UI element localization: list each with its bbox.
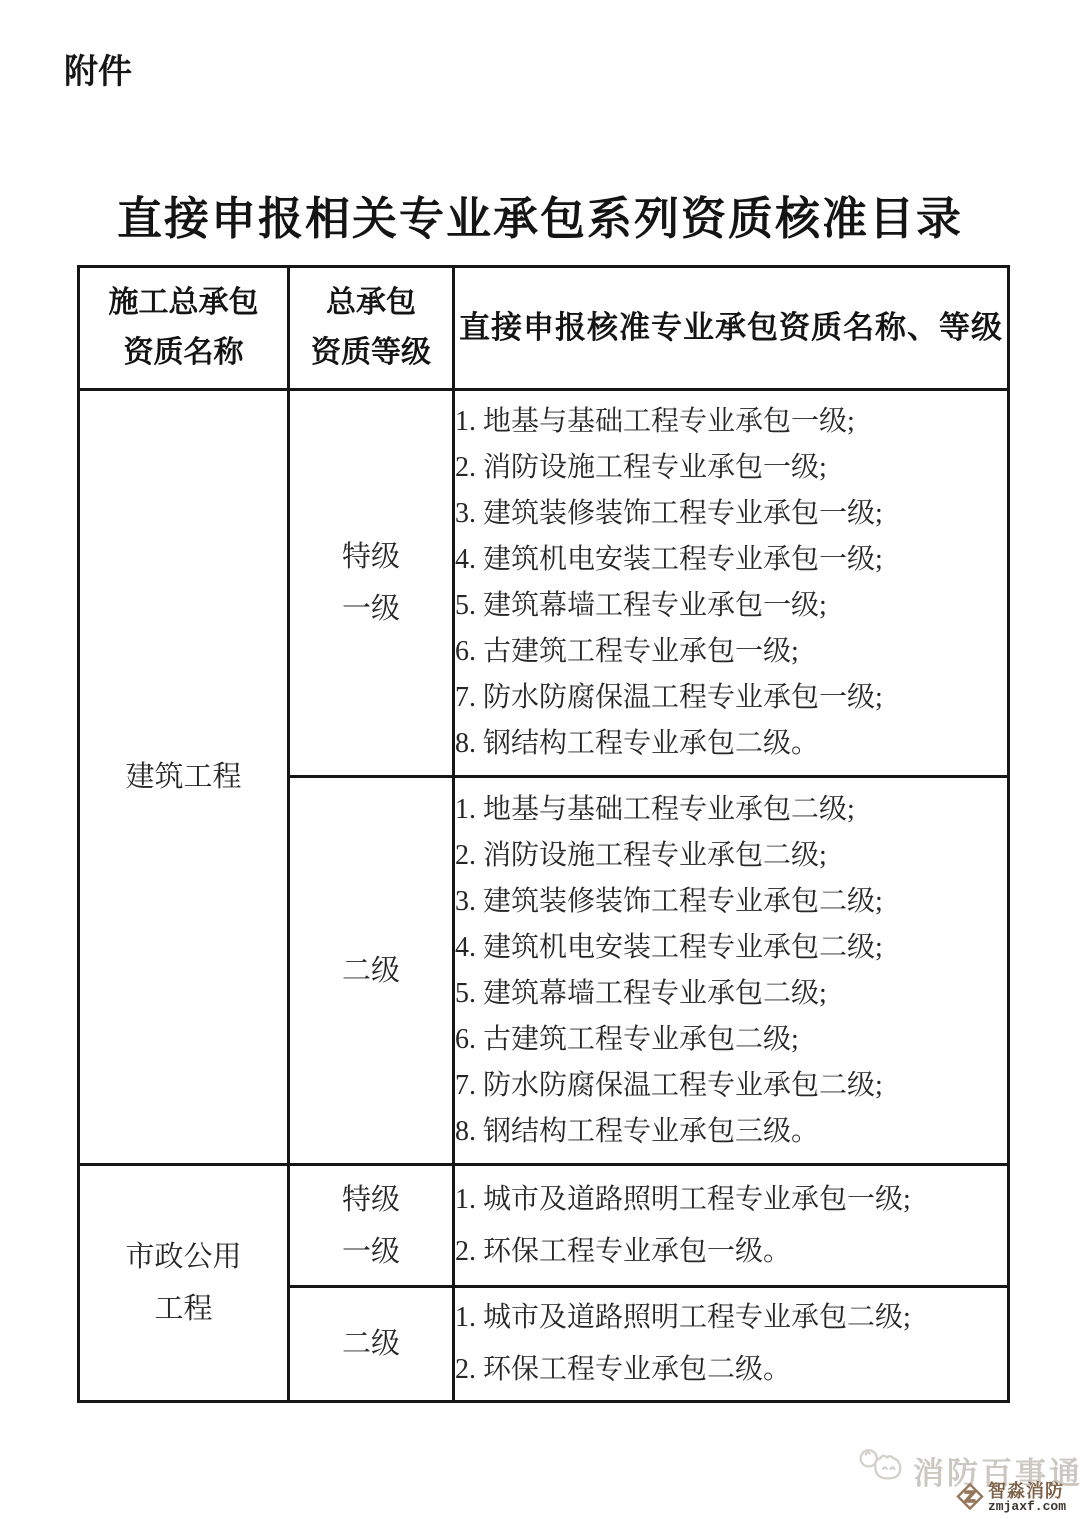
list-item: 6. 古建筑工程专业承包一级; — [455, 629, 1007, 675]
list-item: 1. 城市及道路照明工程专业承包二级; — [455, 1292, 1007, 1344]
table-row: 建筑工程 特级 一级 1. 地基与基础工程专业承包一级; 2. 消防设施工程专业… — [79, 390, 1009, 777]
page-title: 直接申报相关专业承包系列资质核准目录 — [0, 182, 1080, 247]
cat-mascot-icon — [858, 1446, 908, 1494]
level-cell-second-grade: 二级 — [289, 1287, 454, 1402]
list-item: 7. 防水防腐保温工程专业承包二级; — [455, 1063, 1007, 1109]
header-general-contracting-name: 施工总承包 资质名称 — [79, 267, 289, 390]
list-item: 8. 钢结构工程专业承包三级。 — [455, 1109, 1007, 1155]
items-cell-building-grade1: 1. 地基与基础工程专业承包一级; 2. 消防设施工程专业承包一级; 3. 建筑… — [454, 390, 1009, 777]
brand-domain: zmjaxf.com — [988, 1500, 1066, 1514]
qualification-approval-table: 施工总承包 资质名称 总承包 资质等级 直接申报核准专业承包资质名称、等级 建筑… — [77, 265, 1010, 1403]
watermark-zhimiao-brand: 智淼消防 zmjaxf.com — [956, 1482, 1066, 1516]
list-item: 1. 地基与基础工程专业承包一级; — [455, 399, 1007, 445]
list-item: 2. 消防设施工程专业承包二级; — [455, 833, 1007, 879]
list-item: 2. 消防设施工程专业承包一级; — [455, 445, 1007, 491]
header-general-contracting-level: 总承包 资质等级 — [289, 267, 454, 390]
list-item: 6. 古建筑工程专业承包二级; — [455, 1017, 1007, 1063]
list-item: 7. 防水防腐保温工程专业承包一级; — [455, 675, 1007, 721]
table-header-row: 施工总承包 资质名称 总承包 资质等级 直接申报核准专业承包资质名称、等级 — [79, 267, 1009, 390]
items-cell-building-grade2: 1. 地基与基础工程专业承包二级; 2. 消防设施工程专业承包二级; 3. 建筑… — [454, 777, 1009, 1165]
list-item: 4. 建筑机电安装工程专业承包一级; — [455, 537, 1007, 583]
attachment-label: 附件 — [64, 44, 132, 93]
items-cell-municipal-grade2: 1. 城市及道路照明工程专业承包二级; 2. 环保工程专业承包二级。 — [454, 1287, 1009, 1402]
list-item: 2. 环保工程专业承包二级。 — [455, 1344, 1007, 1396]
list-item: 8. 钢结构工程专业承包二级。 — [455, 721, 1007, 767]
list-item: 5. 建筑幕墙工程专业承包一级; — [455, 583, 1007, 629]
items-cell-municipal-grade1: 1. 城市及道路照明工程专业承包一级; 2. 环保工程专业承包一级。 — [454, 1165, 1009, 1287]
list-item: 5. 建筑幕墙工程专业承包二级; — [455, 971, 1007, 1017]
scanned-document-page: { "page": { "attachment_label": "附件", "t… — [0, 0, 1080, 1519]
list-item: 3. 建筑装修装饰工程专业承包一级; — [455, 491, 1007, 537]
list-item: 4. 建筑机电安装工程专业承包二级; — [455, 925, 1007, 971]
header-direct-declaration-qualifications: 直接申报核准专业承包资质名称、等级 — [454, 267, 1009, 390]
section-name-municipal-public-works: 市政公用 工程 — [79, 1165, 289, 1402]
list-item: 2. 环保工程专业承包一级。 — [455, 1226, 1007, 1278]
brand-name: 智淼消防 — [988, 1482, 1066, 1500]
section-name-building-engineering: 建筑工程 — [79, 390, 289, 1165]
level-cell-second-grade: 二级 — [289, 777, 454, 1165]
level-cell-special-first-grade: 特级 一级 — [289, 390, 454, 777]
table-row: 市政公用 工程 特级 一级 1. 城市及道路照明工程专业承包一级; 2. 环保工… — [79, 1165, 1009, 1287]
list-item: 3. 建筑装修装饰工程专业承包二级; — [455, 879, 1007, 925]
list-item: 1. 地基与基础工程专业承包二级; — [455, 787, 1007, 833]
list-item: 1. 城市及道路照明工程专业承包一级; — [455, 1174, 1007, 1226]
level-cell-special-first-grade: 特级 一级 — [289, 1165, 454, 1287]
diamond-logo-icon — [956, 1482, 984, 1516]
